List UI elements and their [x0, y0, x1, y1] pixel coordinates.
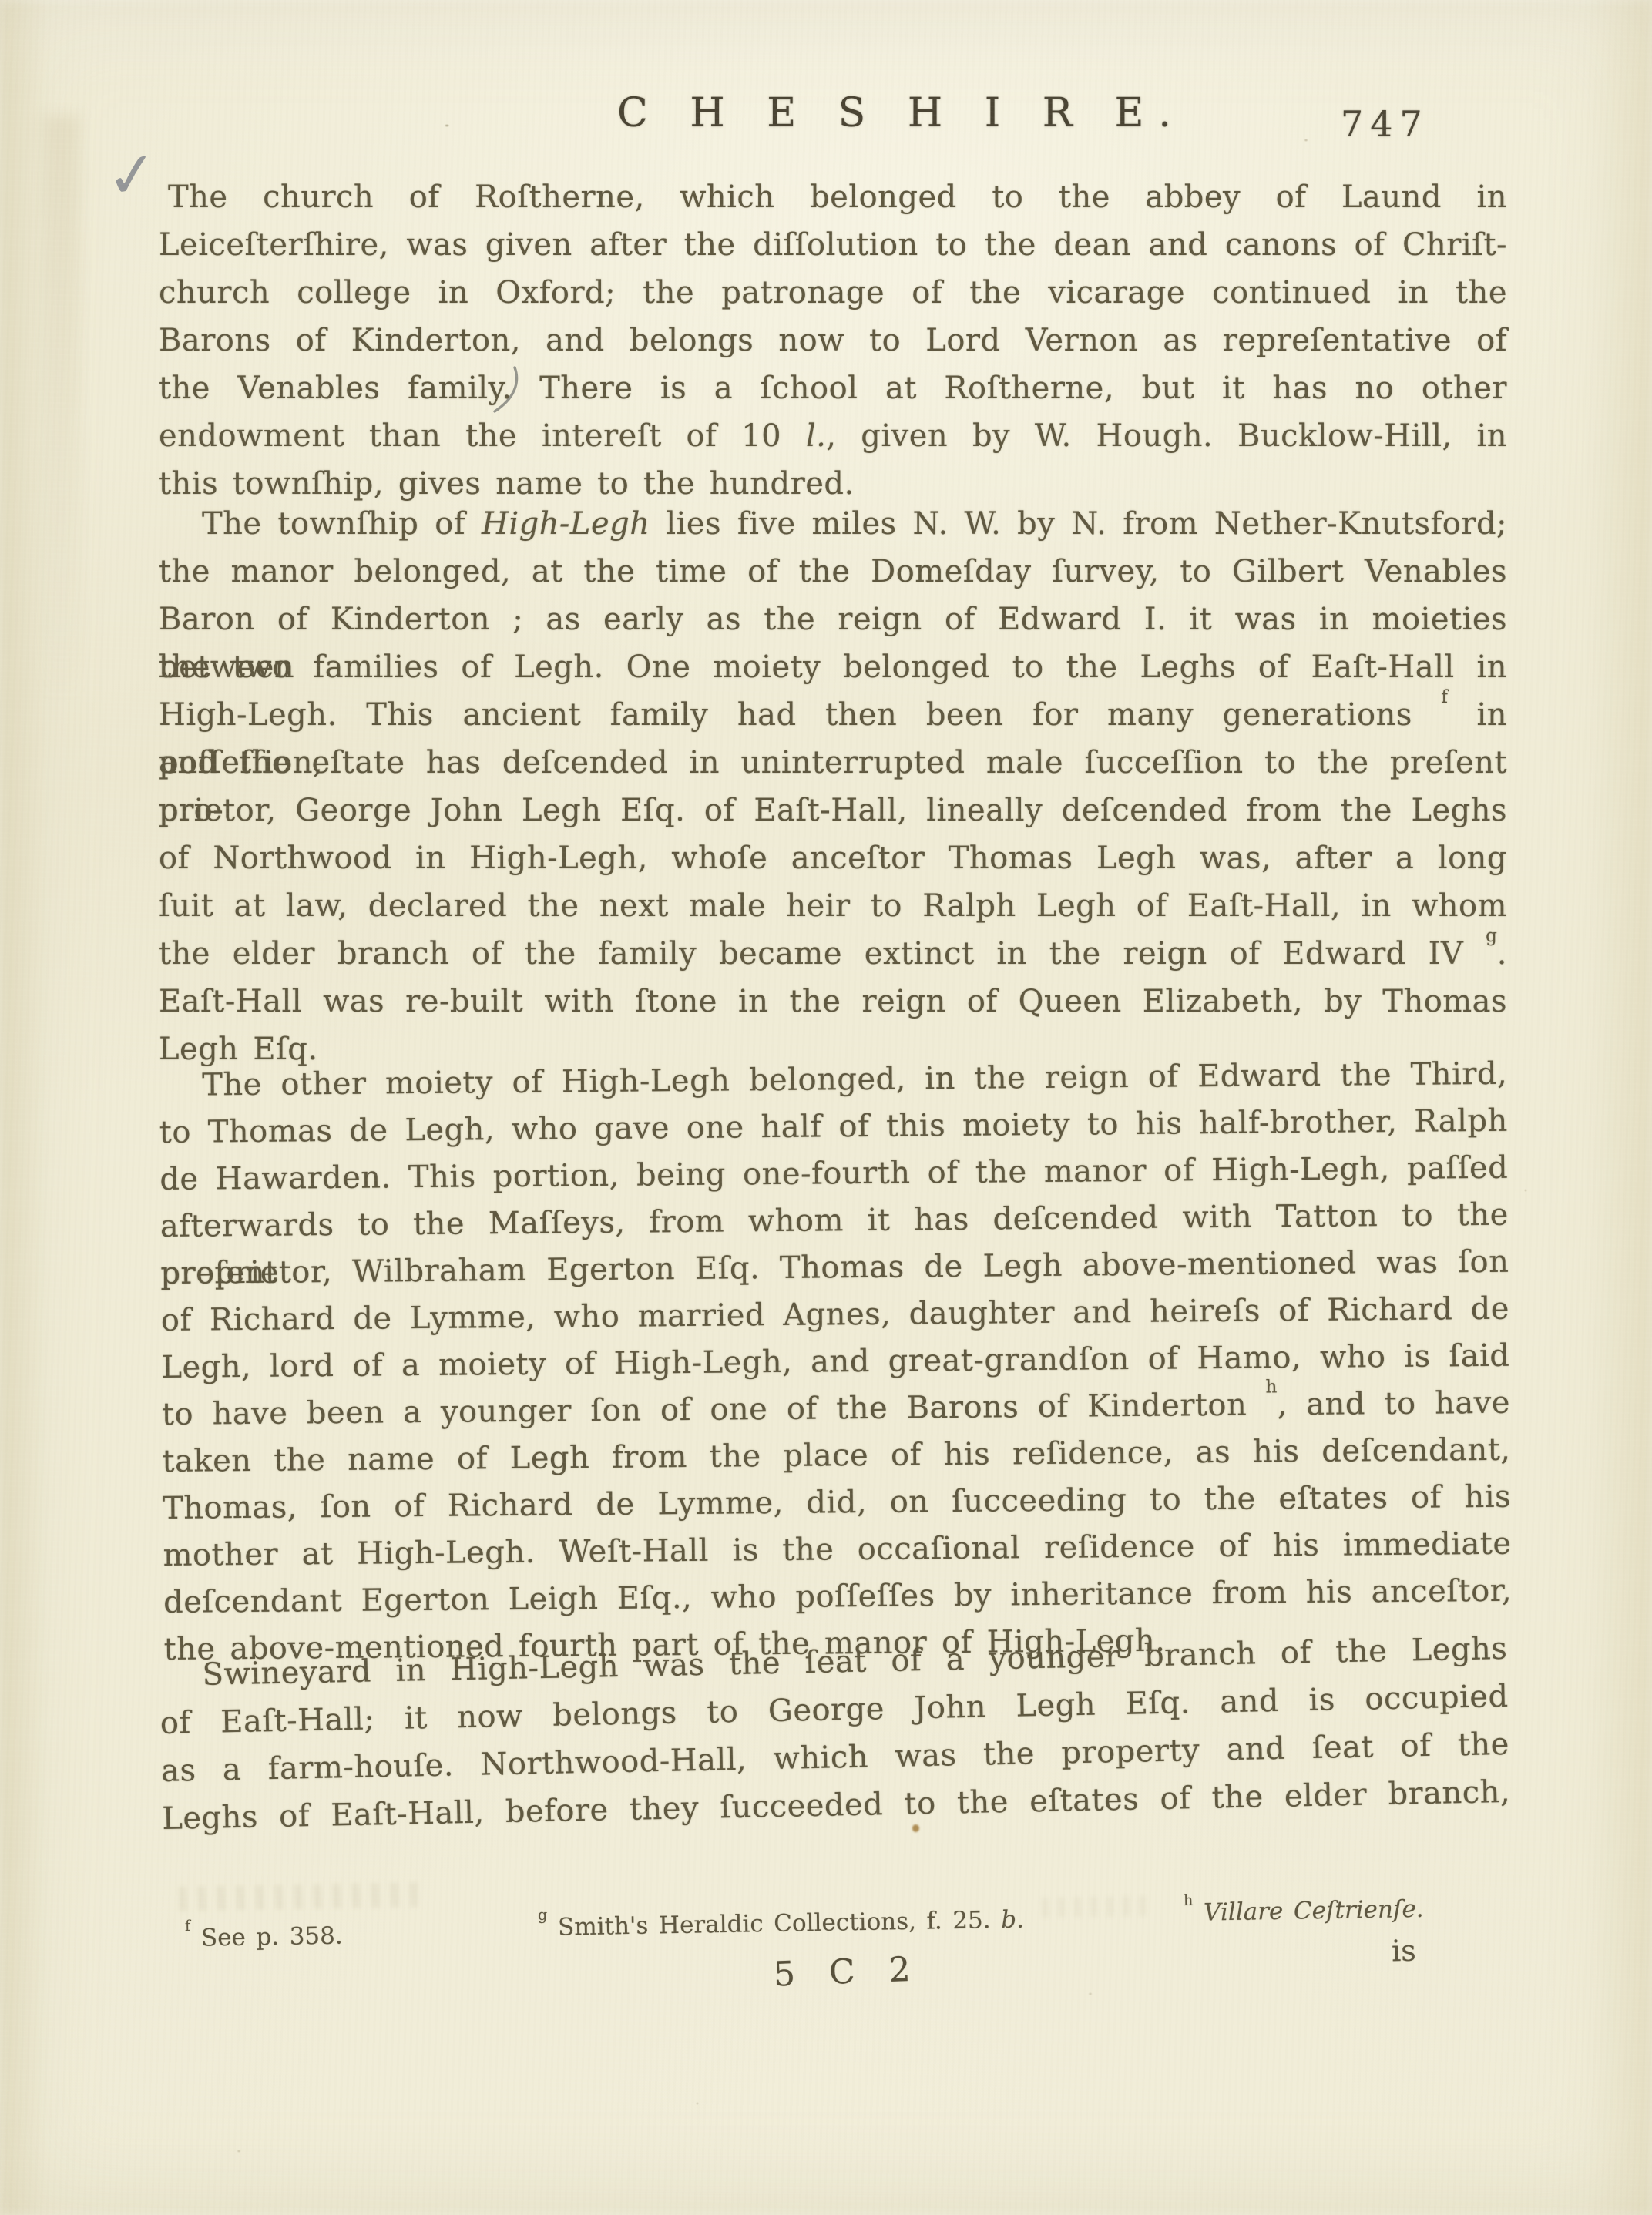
text-line: Eaſt-Hall was re-built with ſtone in the… — [159, 978, 1507, 1025]
text-line: the Venables family. There is a ſchool a… — [159, 364, 1507, 412]
text-line: Barons of Kinderton, and belongs now to … — [159, 317, 1507, 364]
text-line: the elder branch of the family became ex… — [159, 930, 1507, 978]
text-line: the manor belonged, at the time of the D… — [159, 548, 1507, 596]
text-line: endowment than the intereſt of 10 l., gi… — [159, 412, 1507, 460]
text-line: The townſhip of High-Legh lies five mile… — [159, 500, 1507, 548]
text-line: High-Legh. This ancient family had then … — [159, 691, 1507, 739]
footnote: h Villare Ceſtrienſe. — [1184, 1895, 1424, 1927]
footnote: f See p. 358. — [185, 1922, 343, 1952]
paragraph: The other moiety of High-Legh belonged, … — [159, 1051, 1513, 1673]
book-page: C H E S H I R E. 747 ✓ The church of Roſ… — [0, 0, 1652, 2215]
paper-speck — [912, 1824, 919, 1832]
text-line: The church of Roſtherne, which belonged … — [159, 173, 1507, 221]
paragraph: The townſhip of High-Legh lies five mile… — [159, 500, 1507, 1073]
signature-mark: 5 C 2 — [773, 1949, 922, 1994]
text-line: ſuit at law, declared the next male heir… — [159, 882, 1507, 930]
text-line: and the eſtate has deſcended in uninterr… — [159, 739, 1507, 787]
text-line: of Northwood in High-Legh, whoſe anceſto… — [159, 834, 1507, 882]
footnote-mark: g — [538, 1906, 548, 1923]
footnote-mark: f — [185, 1918, 190, 1935]
text-line: church college in Oxford; the patronage … — [159, 269, 1507, 317]
text-line: the two families of Legh. One moiety bel… — [159, 643, 1507, 691]
pencil-checkmark: ✓ — [103, 143, 161, 210]
paragraph: Swineyard in High-Legh was the ſeat of a… — [159, 1625, 1511, 1843]
scan-crease — [43, 116, 80, 701]
text-line: Leiceſterſhire, was given after the diſſ… — [159, 221, 1507, 269]
footnote: g Smith's Heraldic Collections, f. 25. b… — [538, 1906, 1024, 1941]
text-line: prietor, George John Legh Eſq. of Eaſt-H… — [159, 787, 1507, 834]
ink-bleedthrough — [179, 1882, 418, 1911]
catchword: is — [1391, 1934, 1416, 1968]
paragraph: The church of Roſtherne, which belonged … — [159, 173, 1507, 508]
footnote-mark: h — [1184, 1891, 1194, 1908]
text-line: Baron of Kinderton ; as early as the rei… — [159, 596, 1507, 643]
body-text: The church of Roſtherne, which belonged … — [159, 0, 1507, 1903]
ink-bleedthrough — [1042, 1896, 1150, 1918]
